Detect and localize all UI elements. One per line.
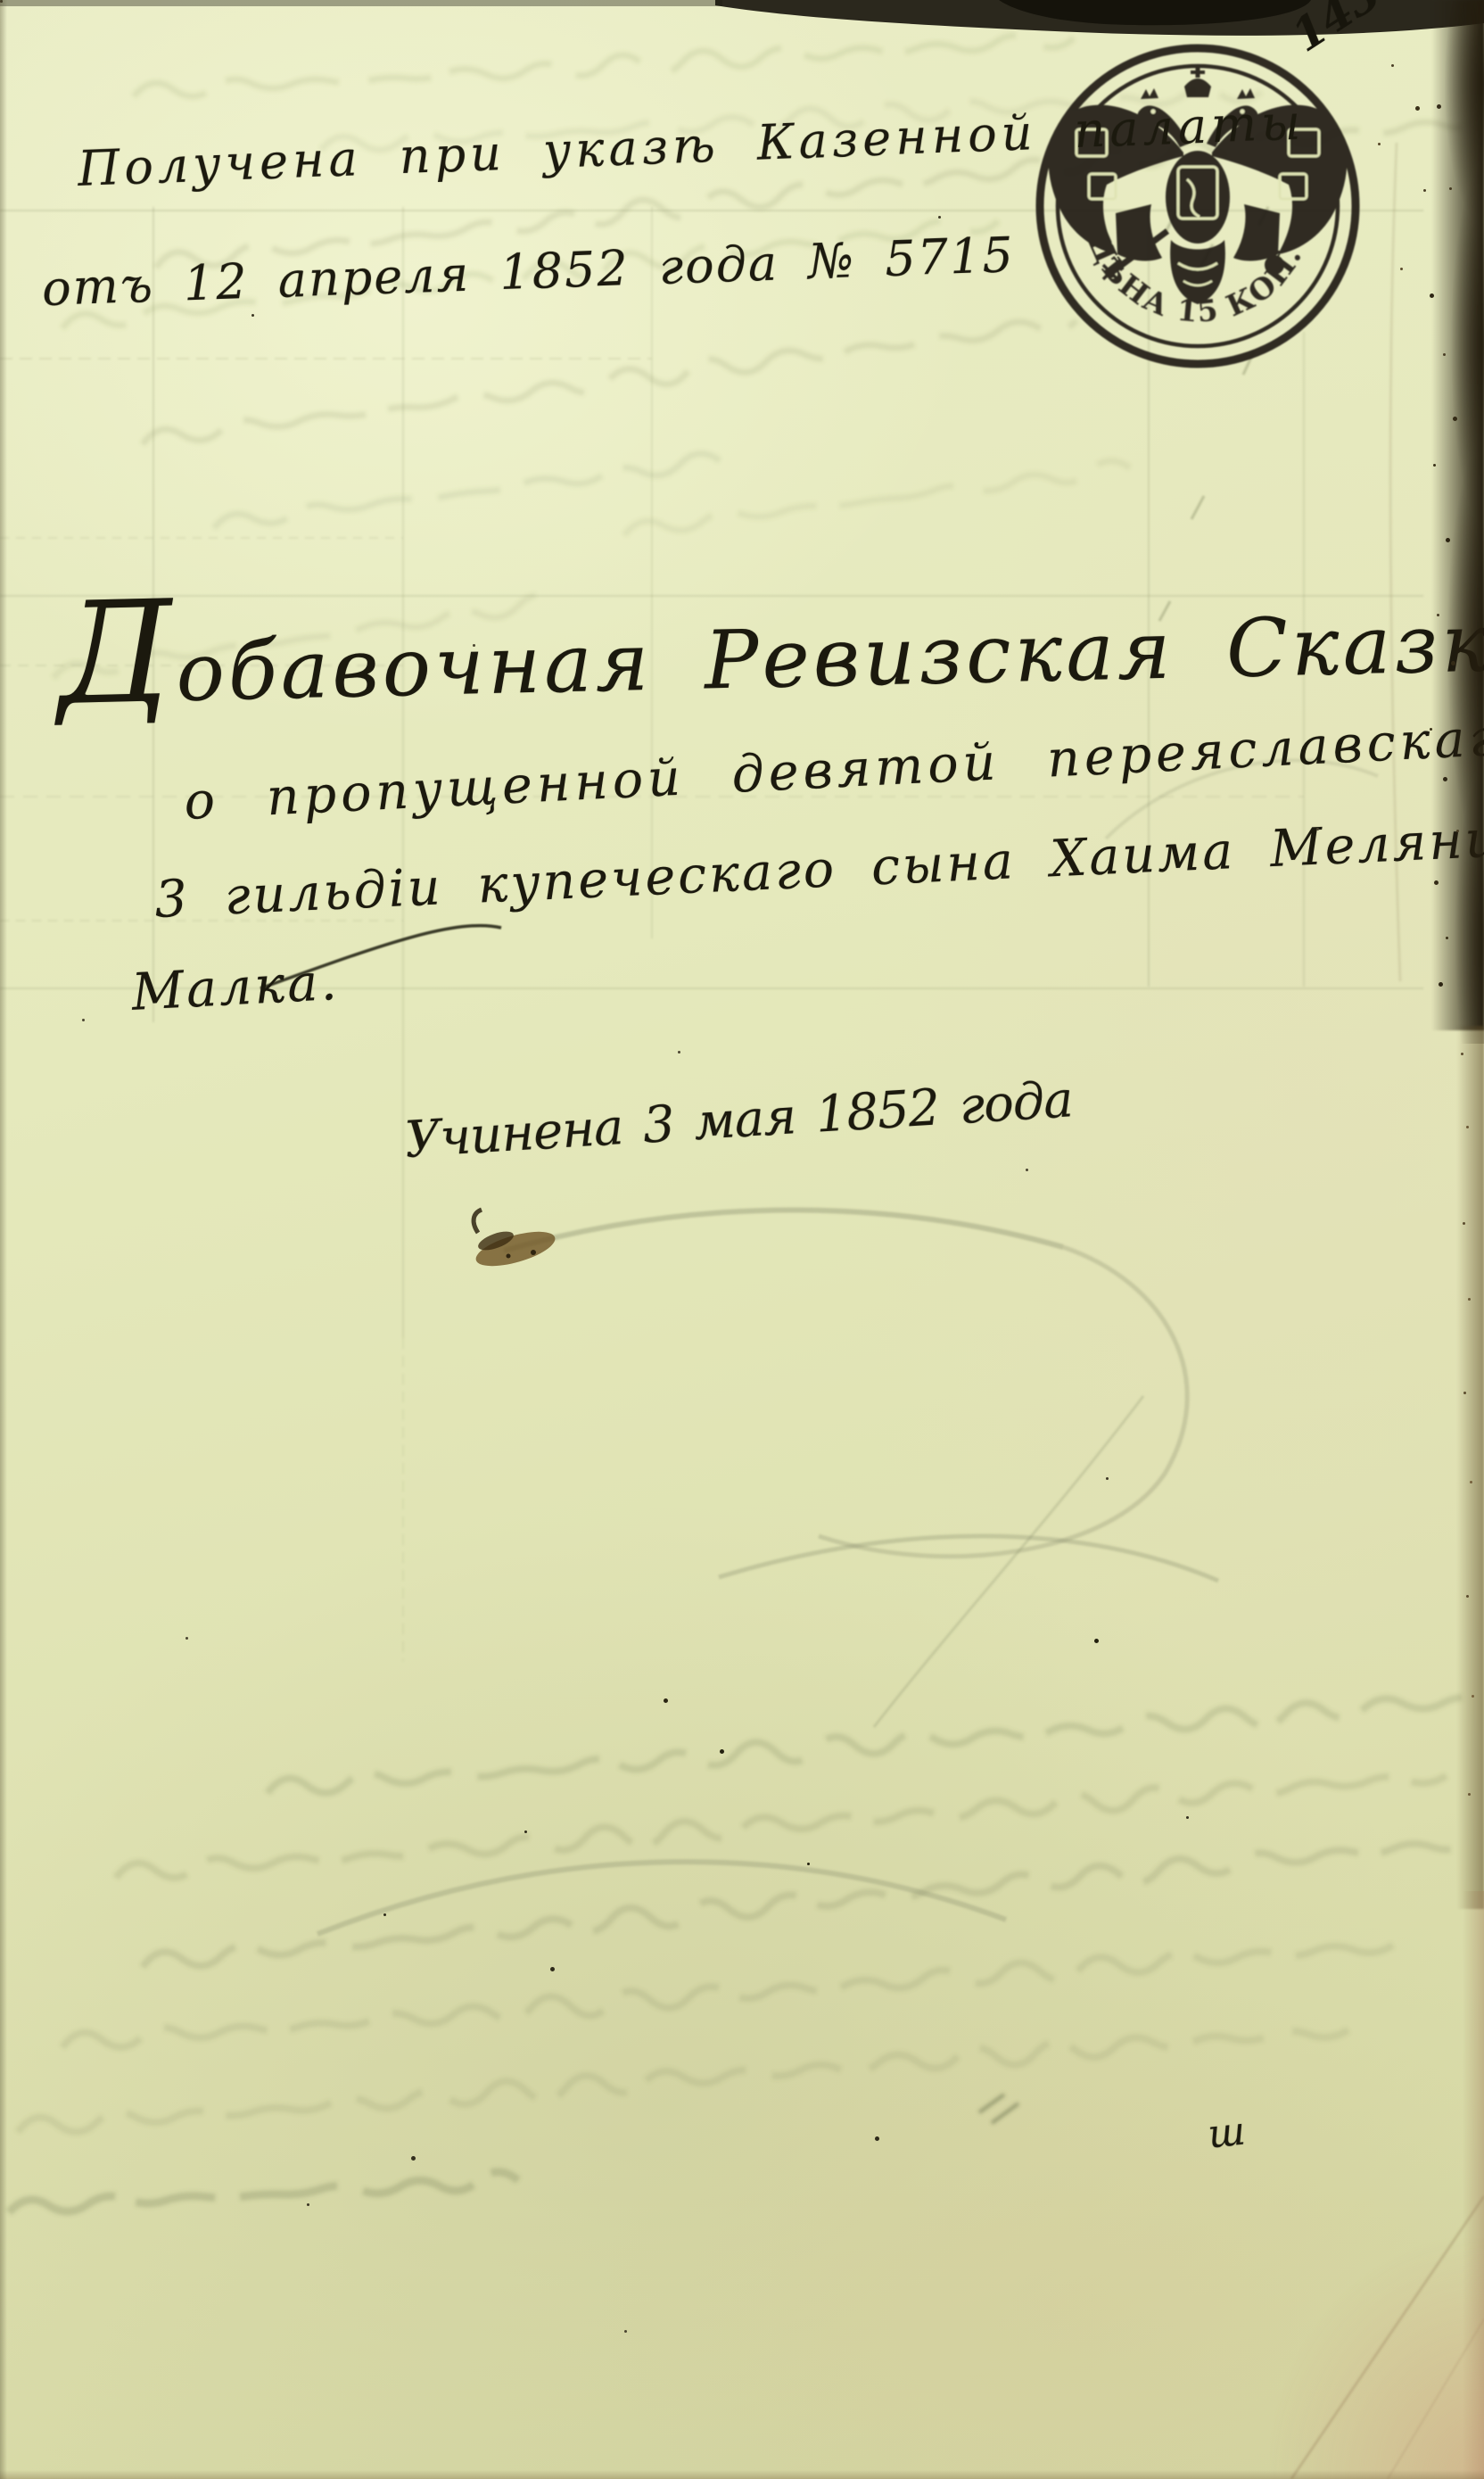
paper-speckles (0, 0, 3, 3)
margin-mark: ш (1206, 2109, 1248, 2158)
bleed-through-text-lower (8, 1682, 1484, 2214)
document-page: ЦѢНА 15 КОП. СЕР. Получена при указѣ Каз… (0, 0, 1484, 2479)
body-line-3: Малка. (130, 953, 341, 1022)
page-edge-bottom (0, 2470, 1484, 2479)
scan-artwork-layer: ЦѢНА 15 КОП. СЕР. (0, 0, 1484, 2479)
ink-smudge (473, 1210, 559, 1273)
page-corner-pink-tint (1270, 2238, 1484, 2479)
page-edge-right-mid (1452, 1026, 1484, 1909)
page-edge-right-dark (1429, 0, 1484, 1030)
revenue-stamp: ЦѢНА 15 КОП. СЕР. (1040, 48, 1356, 364)
faint-table-grid (0, 207, 1423, 1661)
pencil-flourish (317, 760, 1378, 1934)
page-edge-left (0, 0, 7, 2479)
scan-edge-top (0, 0, 1484, 36)
